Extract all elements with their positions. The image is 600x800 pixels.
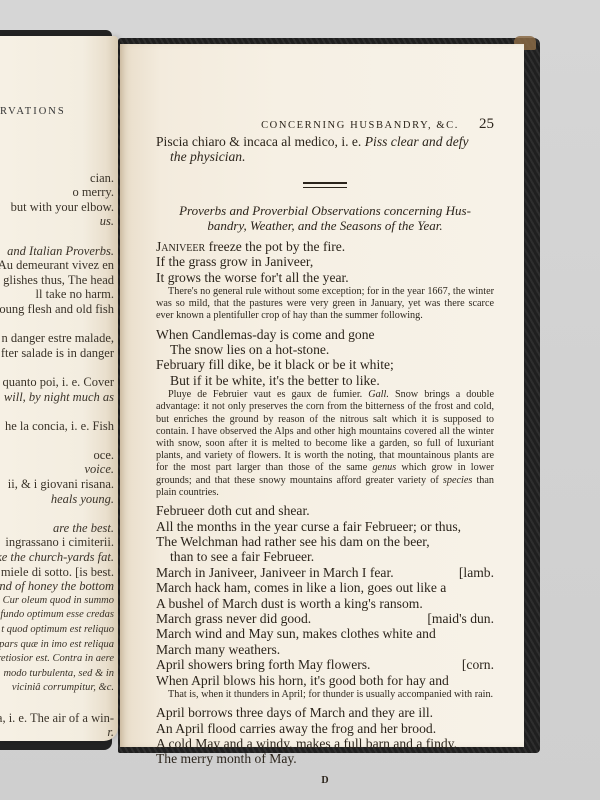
proverb-text: The Welchman had rather see his dam on t…: [156, 534, 430, 549]
right-page: Concerning Husbandry, &c. 25 Piscia chia…: [120, 44, 524, 747]
left-page-line: and of honey the bottom: [0, 579, 114, 594]
opening-line-2: the physician.: [156, 149, 494, 164]
left-page-line: [0, 433, 114, 448]
left-page-line: oce.: [0, 448, 114, 463]
left-page: RVATIONS cian.o merry.but with your elbo…: [0, 36, 118, 741]
left-page-line: [0, 156, 114, 171]
left-page-line: fter salade is in danger: [0, 346, 114, 361]
section-heading-line-1: Proverbs and Proverbial Observations con…: [156, 203, 494, 218]
proverb-line: April borrows three days of March and th…: [156, 705, 494, 720]
running-head: Concerning Husbandry, &c. 25: [156, 116, 494, 133]
page-text-block: Concerning Husbandry, &c. 25 Piscia chia…: [156, 116, 494, 786]
left-page-text: cian.o merry.but with your elbow.us. and…: [0, 156, 114, 741]
note-text: Pluye de Februier vaut es gaux de fumier…: [168, 389, 368, 400]
left-page-line: t quod optimum est reliquo: [0, 623, 114, 638]
left-page-line: [0, 696, 114, 711]
left-page-line: us.: [0, 214, 114, 229]
proverb-text: March wind and May sun, makes clothes wh…: [156, 626, 436, 641]
left-page-line: r, Cur oleum quod in summo: [0, 594, 114, 609]
proverb-line: When Candlemas-day is come and gone: [156, 327, 494, 342]
left-page-line: voice.: [0, 462, 114, 477]
left-page-line: ll take no harm.: [0, 287, 114, 302]
proverb-line: The merry month of May.: [156, 751, 494, 766]
proverb-text: March in Janiveer, Janiveer in March I f…: [156, 565, 394, 580]
note-italic: Gall.: [368, 389, 389, 400]
proverb-line: March grass never did good.[maid's dun.: [156, 611, 494, 626]
proverb-line: If the grass grow in Janiveer,: [156, 254, 494, 269]
proverb-line: Janiveer freeze the pot by the fire.: [156, 239, 494, 254]
left-page-line: retiosior est. Contra in aere: [0, 652, 114, 667]
left-page-line: ake the church-yards fat.: [0, 550, 114, 565]
left-running-head: RVATIONS: [0, 106, 66, 117]
left-page-line: are the best.: [0, 521, 114, 536]
left-page-line: n danger estre malade,: [0, 331, 114, 346]
turnover-bracket: [maid's dun.: [427, 611, 494, 626]
left-page-line: modo turbulenta, sed & in: [0, 667, 114, 682]
proverb-line: A cold May and a windy, makes a full bar…: [156, 736, 494, 751]
signature-mark: D: [156, 775, 494, 786]
proverb-line: But if it be white, it's the better to l…: [156, 373, 494, 388]
proverb-line: March hack ham, comes in like a lion, go…: [156, 580, 494, 595]
left-page-line: will, by night much as: [0, 390, 114, 405]
turnover-bracket: [lamb.: [459, 565, 494, 580]
left-page-line: he la concia, i. e. Fish: [0, 419, 114, 434]
proverb-text: March many weathers.: [156, 642, 280, 657]
proverb-line: March in Janiveer, Janiveer in March I f…: [156, 565, 494, 580]
left-page-line: and Italian Proverbs.: [0, 244, 114, 259]
section-heading: Proverbs and Proverbial Observations con…: [156, 203, 494, 233]
left-page-line: miele di sotto. [is best.: [0, 565, 114, 580]
left-page-line: dal resto vive da bestia.: [0, 740, 114, 741]
left-page-line: quanto poi, i. e. Cover: [0, 375, 114, 390]
left-page-line: a, i. e. The air of a win-: [0, 711, 114, 726]
left-page-line: [0, 360, 114, 375]
footnote-commentary: There's no general rule without some exc…: [156, 286, 494, 323]
proverb-text: March grass never did good.: [156, 611, 311, 626]
proverb-text: When April blows his horn, it's good bot…: [156, 673, 449, 688]
proverb-line: The snow lies on a hot-stone.: [156, 342, 494, 357]
proverb-line: When April blows his horn, it's good bot…: [156, 673, 494, 688]
proverb-line: It grows the worse for't all the year.: [156, 270, 494, 285]
running-head-title: Concerning Husbandry, &c.: [261, 120, 459, 131]
left-page-line: cian.: [0, 171, 114, 186]
left-page-line: viciniâ corrumpitur, &c.: [0, 681, 114, 696]
left-page-line: fundo optimum esse credas: [0, 608, 114, 623]
note-italic: genus: [372, 462, 396, 473]
proverb-text: Februeer doth cut and shear.: [156, 503, 310, 518]
proverb-line: February fill dike, be it black or be it…: [156, 357, 494, 372]
left-page-line: heals young.: [0, 492, 114, 507]
left-page-line: [0, 404, 114, 419]
proverb-line: March wind and May sun, makes clothes wh…: [156, 626, 494, 641]
left-page-line: ii, & i giovani risana.: [0, 477, 114, 492]
proverb-text: March hack ham, comes in like a lion, go…: [156, 580, 446, 595]
opening-roman: Piscia chiaro & incaca al medico, i. e.: [156, 134, 365, 149]
proverb-line: April showers bring forth May flowers.[c…: [156, 657, 494, 672]
proverb-line: than to see a fair Februeer.: [156, 549, 494, 564]
proverb-group: Februeer doth cut and shear.All the mont…: [156, 503, 494, 688]
section-divider: [156, 175, 494, 193]
left-page-line: o merry.: [0, 185, 114, 200]
proverb-text: A bushel of March dust is worth a king's…: [156, 596, 423, 611]
note-italic: species: [443, 475, 472, 486]
proverb-line-rest: freeze the pot by the fire.: [205, 239, 345, 254]
left-page-line: ingrassano i cimiterii.: [0, 535, 114, 550]
proverb-line: A bushel of March dust is worth a king's…: [156, 596, 494, 611]
proverb-line: Februeer doth cut and shear.: [156, 503, 494, 518]
footnote-commentary: Pluye de Februier vaut es gaux de fumier…: [156, 389, 494, 499]
footnote-commentary: That is, when it thunders in April; for …: [156, 689, 494, 701]
note-text: Snow brings a double advantage: it not o…: [156, 389, 494, 473]
proverb-line: An April flood carries away the frog and…: [156, 721, 494, 736]
proverb-text: April showers bring forth May flowers.: [156, 657, 370, 672]
left-page-line: oung flesh and old fish: [0, 302, 114, 317]
left-page-line: [0, 229, 114, 244]
left-page-line: pars quæ in imo est reliqua: [0, 638, 114, 653]
left-page-line: [0, 506, 114, 521]
left-page-line: glishes thus, The head: [0, 273, 114, 288]
turnover-bracket: [corn.: [462, 657, 494, 672]
double-rule: [303, 182, 347, 188]
left-page-line: [0, 317, 114, 332]
proverb-text: All the months in the year curse a fair …: [156, 519, 461, 534]
opening-line-1: Piscia chiaro & incaca al medico, i. e. …: [156, 134, 494, 149]
proverb-line: The Welchman had rather see his dam on t…: [156, 534, 494, 549]
proverb-line: All the months in the year curse a fair …: [156, 519, 494, 534]
proverb-line: March many weathers.: [156, 642, 494, 657]
small-caps-lead: Janiveer: [156, 239, 205, 254]
section-heading-line-2: bandry, Weather, and the Seasons of the …: [156, 218, 494, 233]
opening-italic: Piss clear and defy: [365, 134, 469, 149]
proverb-text: than to see a fair Februeer.: [170, 549, 314, 564]
page-number: 25: [479, 116, 494, 133]
left-page-line: r.: [0, 725, 114, 740]
photo-scene: RVATIONS cian.o merry.but with your elbo…: [0, 0, 600, 800]
left-page-line: but with your elbow.: [0, 200, 114, 215]
left-page-line: Au demeurant vivez en: [0, 258, 114, 273]
